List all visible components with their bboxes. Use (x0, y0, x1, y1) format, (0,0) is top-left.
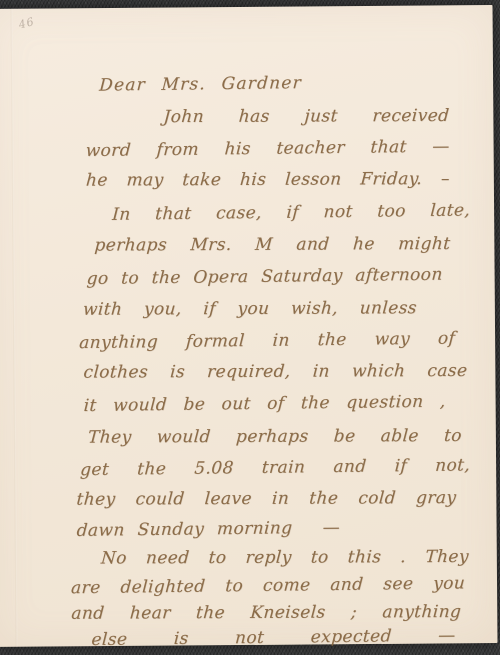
letter-line-19: else is not expected — (91, 625, 456, 653)
letter-line-1: Dear Mrs. Gardner (98, 72, 302, 98)
letter-line-17: are delighted to come and see you (70, 572, 465, 601)
letter-line-18: and hear the Kneisels ; anything (71, 601, 462, 627)
letter-line-8: with you, if you wish, unless (82, 297, 417, 322)
letter-line-2: John has just received (163, 105, 451, 130)
letter-line-4: he may take his lesson Friday. – (85, 168, 450, 194)
letter-line-7: go to the Opera Saturday afternoon (86, 264, 443, 292)
letter-line-14: they could leave in the cold gray (76, 487, 457, 513)
letter-lines: Dear Mrs. GardnerJohn has just receivedw… (0, 5, 497, 647)
letter-line-6: perhaps Mrs. M and he might (94, 233, 451, 259)
letter-line-3: word from his teacher that — (85, 136, 450, 164)
letter-line-12: They would perhaps be able to (87, 425, 462, 451)
letter-line-5: In that case, if not too late, (111, 199, 470, 227)
letter-line-16: No need to reply to this . They (100, 546, 469, 572)
letter-line-13: get the 5.08 train and if not, (79, 454, 470, 483)
letter-line-15: dawn Sunday morning — (76, 517, 341, 544)
letter-line-11: it would be out of the question , (83, 391, 446, 419)
letter-line-9: anything formal in the way of (78, 328, 455, 357)
photo-background: 46 Dear Mrs. GardnerJohn has just receiv… (0, 0, 500, 655)
letter-paper: 46 Dear Mrs. GardnerJohn has just receiv… (0, 5, 497, 647)
letter-line-10: clothes is required, in which case (83, 360, 468, 386)
